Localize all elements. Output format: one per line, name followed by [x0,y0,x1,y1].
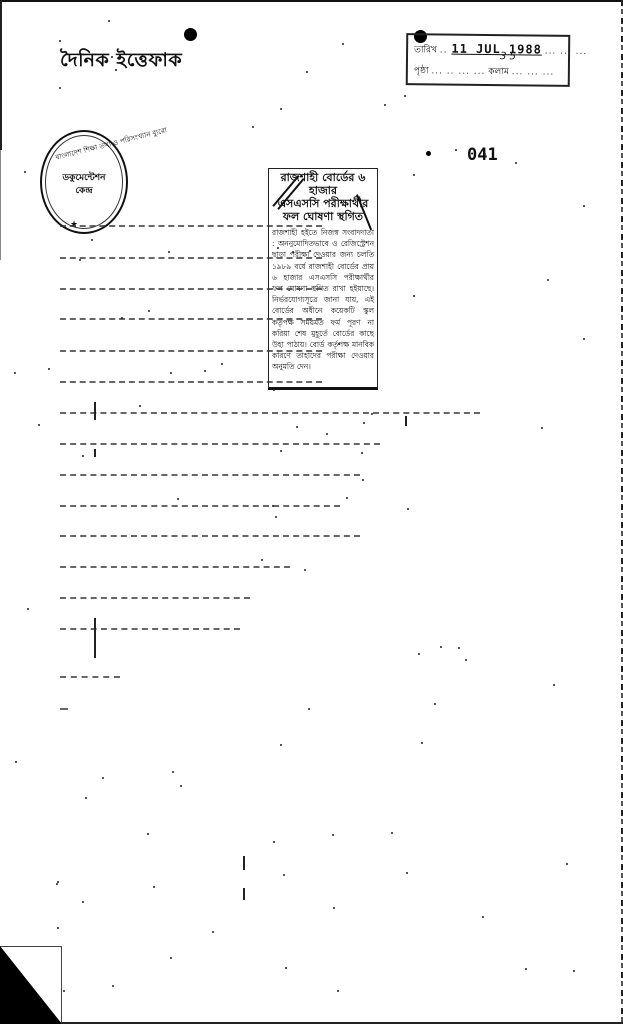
ruled-line [60,505,340,507]
ruled-line [60,628,240,630]
ruled-line [60,676,120,678]
date-value: 11 JUL 1988 [451,42,542,57]
ink-dot [426,151,431,156]
date-label: তারিখ [414,45,437,55]
handwritten-note: 3 5 [500,51,516,62]
ruled-line [60,474,360,476]
page-corner-fold [0,946,62,1024]
page-label: পৃষ্ঠা [414,66,429,76]
ruled-line [60,257,322,259]
ruled-line [60,566,290,568]
ruled-line [60,708,68,710]
page-number: 041 [467,145,498,165]
column-label: কলাম [488,67,509,77]
ruled-line [60,225,322,227]
punch-hole-icon [184,28,197,41]
scan-border-top [0,0,623,2]
ruled-line [60,350,322,352]
ruled-line [60,288,322,290]
ruled-line [60,381,322,383]
ruled-line [60,597,250,599]
newspaper-masthead: দৈনিক ইত্তেফাক [60,46,182,78]
scan-border-left [0,0,2,150]
scan-border-left-faint [0,150,1,260]
ruled-line [60,535,360,537]
documentation-center-seal: বাংলাদেশ শিক্ষা তথ্য ও পরিসংখ্যান ব্যুরো… [40,130,130,236]
ruled-line [60,318,322,320]
page-column-row: পৃষ্ঠা ... .. ... ... কলাম ... ... ... [414,63,555,79]
seal-center-text: ডকুমেন্টেশন কেন্দ্র [51,172,117,198]
ruled-line [60,412,480,414]
date-stamp: তারিখ .. 11 JUL 1988 ... ... ... 3 5 পৃষ… [406,33,571,87]
ruled-line [60,443,380,445]
